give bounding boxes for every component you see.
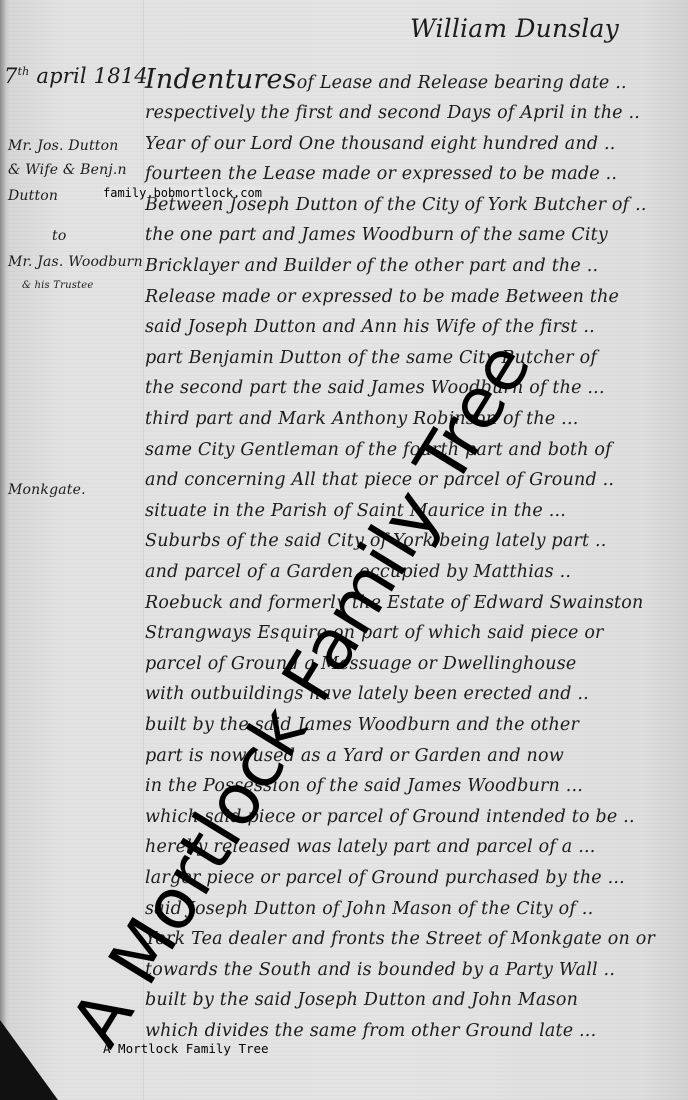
document-line: York Tea dealer and fronts the Street of… bbox=[145, 929, 655, 949]
url-watermark: family.bobmortlock.com bbox=[103, 186, 262, 200]
margin-note: & his Trustee bbox=[22, 280, 94, 291]
header-name: William Dunslay bbox=[410, 14, 619, 43]
margin-note: & Wife & Benj.n bbox=[8, 162, 127, 178]
opening-word: Indentures bbox=[145, 64, 297, 95]
date-rest: april 1814 bbox=[36, 64, 148, 88]
margin-note: to bbox=[52, 228, 66, 244]
document-line: said Joseph Dutton and Ann his Wife of t… bbox=[145, 317, 595, 337]
date-day: 7 bbox=[4, 64, 18, 88]
document-line: Bricklayer and Builder of the other part… bbox=[145, 256, 598, 276]
document-line: fourteen the Lease made or expressed to … bbox=[145, 164, 617, 184]
margin-note: Mr. Jas. Woodburn bbox=[8, 254, 143, 270]
document-line: Year of our Lord One thousand eight hund… bbox=[145, 134, 616, 154]
scanned-document-page: William Dunslay 7th april 1814 Mr. Jos. … bbox=[0, 0, 688, 1100]
margin-note: Mr. Jos. Dutton bbox=[8, 138, 118, 154]
date-suffix: th bbox=[18, 65, 30, 78]
margin-note: Monkgate. bbox=[8, 482, 86, 498]
document-line: Release made or expressed to be made Bet… bbox=[145, 287, 619, 307]
document-line: built by the said Joseph Dutton and John… bbox=[145, 990, 578, 1010]
body-line-first: Indenturesof Lease and Release bearing d… bbox=[145, 64, 627, 95]
first-line-text: of Lease and Release bearing date .. bbox=[297, 73, 627, 93]
document-line: respectively the first and second Days o… bbox=[145, 103, 640, 123]
document-line: the one part and James Woodburn of the s… bbox=[145, 225, 608, 245]
document-line: which divides the same from other Ground… bbox=[145, 1021, 596, 1041]
entry-date: 7th april 1814 bbox=[4, 64, 148, 88]
document-line: built by the said James Woodburn and the… bbox=[145, 715, 579, 735]
document-line: with outbuildings have lately been erect… bbox=[145, 684, 589, 704]
margin-note: Dutton bbox=[8, 188, 58, 204]
document-line: towards the South and is bounded by a Pa… bbox=[145, 960, 615, 980]
document-line: part is now used as a Yard or Garden and… bbox=[145, 746, 564, 766]
document-line: same City Gentleman of the fourth part a… bbox=[145, 440, 612, 460]
scan-corner-shadow bbox=[0, 1020, 58, 1100]
page-binding-edge bbox=[0, 0, 6, 1100]
document-line: situate in the Parish of Saint Maurice i… bbox=[145, 501, 566, 521]
footer-watermark: A Mortlock Family Tree bbox=[103, 1041, 269, 1056]
